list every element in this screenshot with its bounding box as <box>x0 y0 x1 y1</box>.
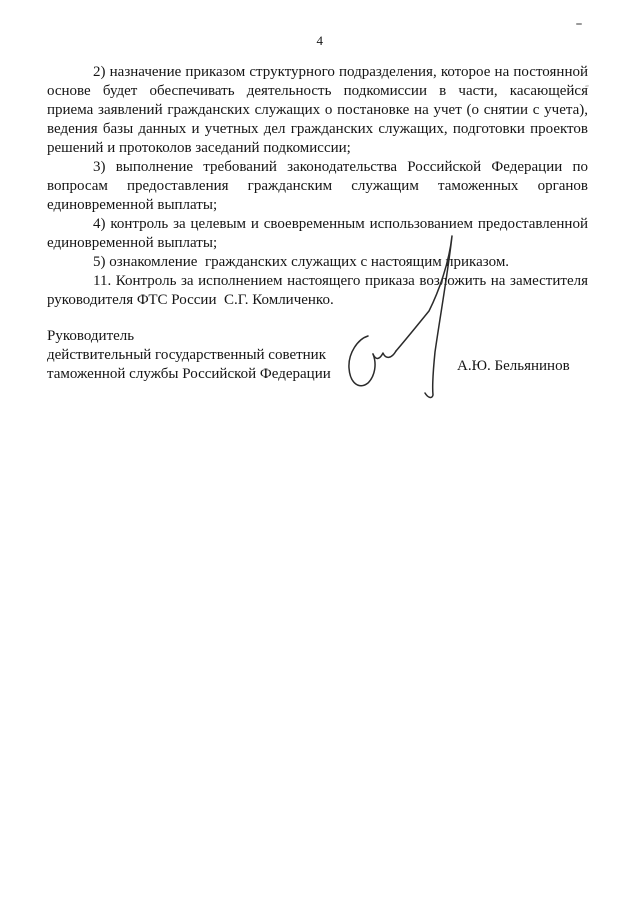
scan-artifact-speck <box>585 85 589 88</box>
text-line: 5) ознакомление гражданских служащих с н… <box>47 253 588 272</box>
text-line: решений и протоколов заседаний подкомисс… <box>47 139 588 158</box>
text-line: 2) назначение приказом структурного подр… <box>47 63 588 82</box>
signer-title-line-3: таможенной службы Российской Федерации <box>47 365 331 384</box>
signer-name: А.Ю. Бельянинов <box>457 358 570 375</box>
text-line: основе будет обеспечивать деятельность п… <box>47 82 588 101</box>
page-number: 4 <box>0 33 640 49</box>
text-line: приема заявлений гражданских служащих о … <box>47 101 588 120</box>
document-body: 2) назначение приказом структурного подр… <box>47 63 588 310</box>
document-page: 4 2) назначение приказом структурного по… <box>0 0 640 900</box>
text-line: вопросам предоставления гражданским служ… <box>47 177 588 196</box>
text-line: 3) выполнение требований законодательств… <box>47 158 588 177</box>
handwritten-signature <box>338 227 473 407</box>
text-line: руководителя ФТС России С.Г. Комличенко. <box>47 291 588 310</box>
text-line: 4) контроль за целевым и своевременным и… <box>47 215 588 234</box>
signer-title-line-2: действительный государственный советник <box>47 346 331 365</box>
signature-block: Руководитель действительный государствен… <box>47 327 331 384</box>
text-line: единовременной выплаты; <box>47 196 588 215</box>
scan-artifact-dash <box>576 23 582 25</box>
signer-title-line-1: Руководитель <box>47 327 331 346</box>
text-line: единовременной выплаты; <box>47 234 588 253</box>
text-line: 11. Контроль за исполнением настоящего п… <box>47 272 588 291</box>
text-line: ведения базы данных и учетных дел гражда… <box>47 120 588 139</box>
